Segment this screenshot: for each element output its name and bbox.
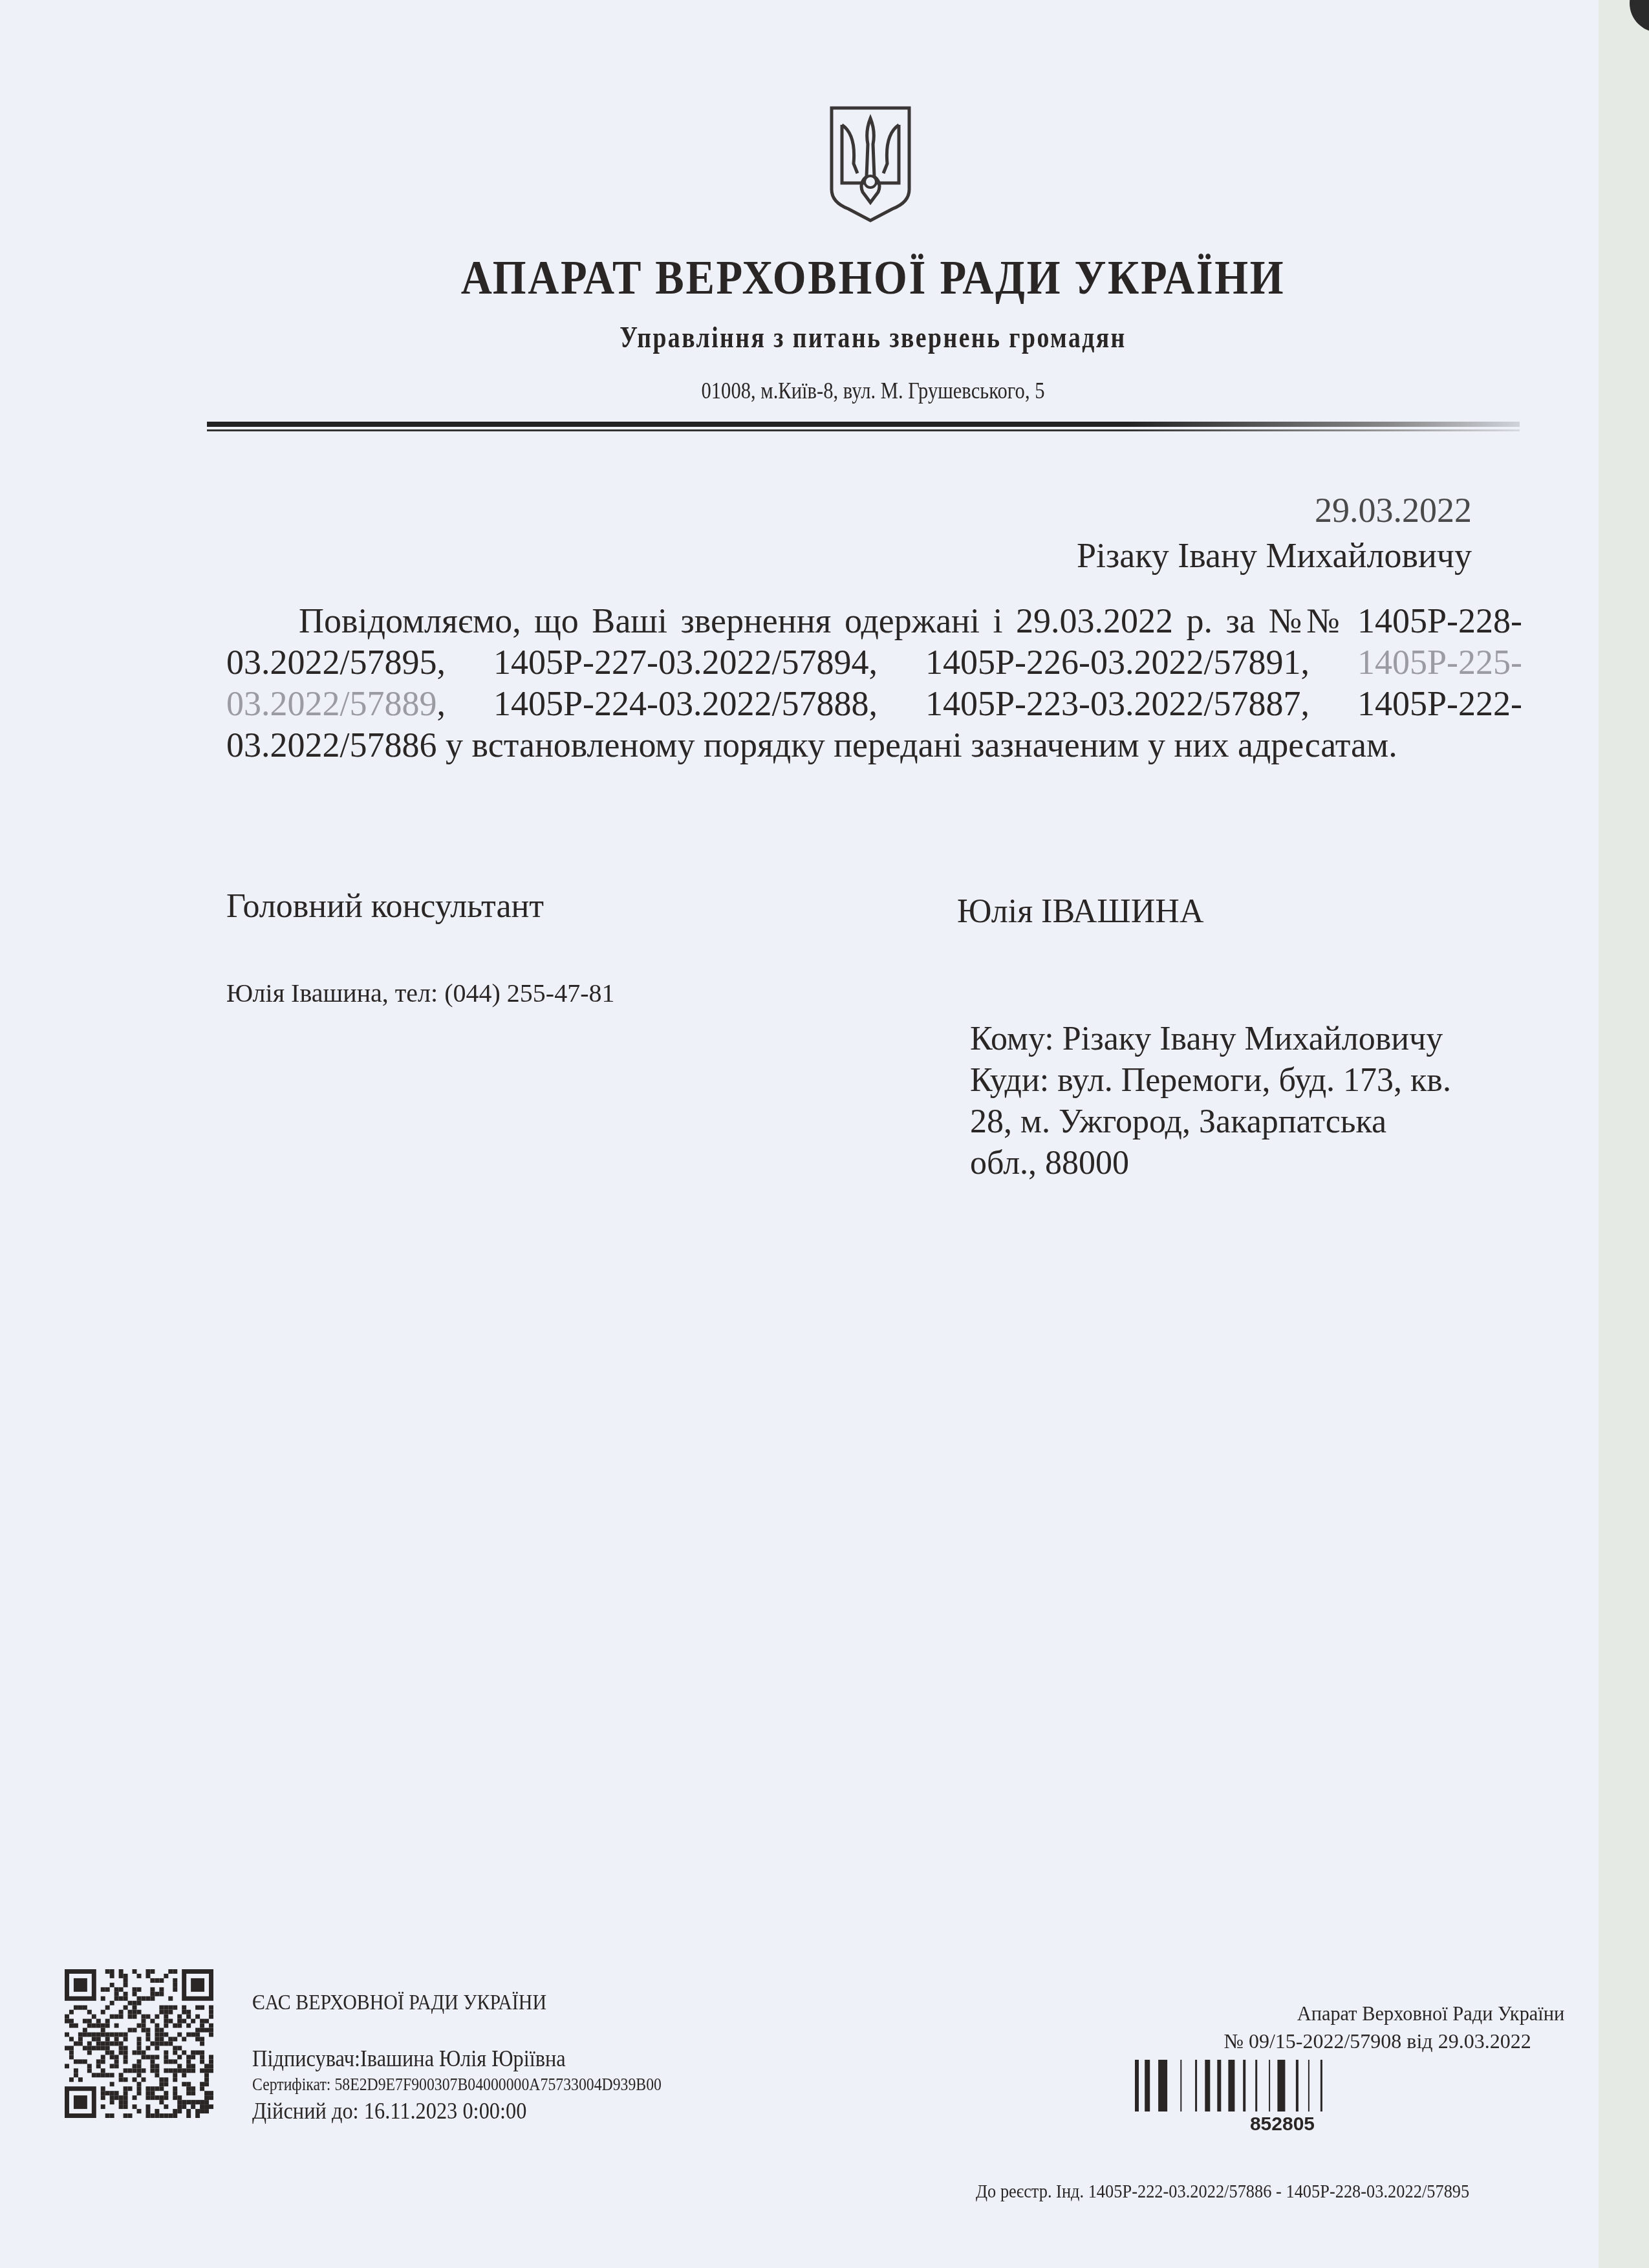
reference-number: 1405Р-227-03.2022/57894 — [493, 643, 869, 682]
header-divider — [207, 422, 1520, 427]
where-label: Куди: — [970, 1062, 1049, 1099]
mailing-where-line-3: обл., 88000 — [970, 1143, 1451, 1184]
body-intro: Повідомляємо, що Ваші звернення одержані… — [299, 601, 1344, 640]
e-signature-system: ЄАС ВЕРХОВНОЇ РАДИ УКРАЇНИ — [252, 1991, 546, 2015]
barcode-number: 852805 — [1108, 2113, 1457, 2135]
e-signature-signer: Підписувач:Івашина Юлія Юріївна — [252, 2045, 566, 2072]
scan-edge — [1599, 0, 1649, 2268]
letter-date: 29.03.2022 — [1315, 490, 1472, 530]
body-outro: у встановленому порядку передані зазначе… — [446, 726, 1397, 764]
mailing-where-line-2: 28, м. Ужгород, Закарпатська — [970, 1101, 1451, 1143]
signer-name: Юлія ІВАШИНА — [957, 892, 1203, 931]
barcode-icon — [1135, 2060, 1413, 2111]
registry-index-note: До реєстр. Інд. 1405Р-222-03.2022/57886 … — [976, 2181, 1469, 2203]
to-value: Різаку Івану Михайловичу — [1062, 1021, 1443, 1057]
letter-page: АПАРАТ ВЕРХОВНОЇ РАДИ УКРАЇНИ Управління… — [0, 0, 1599, 2268]
where-line-1: вул. Перемоги, буд. 173, кв. — [1057, 1062, 1451, 1099]
header-divider-thin — [207, 429, 1520, 431]
e-signature-valid-until: Дійсний до: 16.11.2023 0:00:00 — [252, 2097, 526, 2124]
letter-recipient: Різаку Івану Михайловичу — [1077, 535, 1472, 576]
mailing-to: Кому: Різаку Івану Михайловичу — [970, 1019, 1451, 1060]
signer-position: Головний консультант — [226, 887, 544, 925]
organization-title: АПАРАТ ВЕРХОВНОЇ РАДИ УКРАЇНИ — [87, 251, 1649, 306]
mailing-address: Кому: Різаку Івану Михайловичу Куди: вул… — [970, 1019, 1451, 1184]
e-signature-certificate: Сертифікат: 58E2D9E7F900307B04000000A757… — [252, 2075, 662, 2095]
trident-coat-of-arms-icon — [828, 105, 913, 223]
reference-number: 1405Р-224-03.2022/57888 — [493, 684, 869, 723]
reference-number: 1405Р-223-03.2022/57887 — [925, 684, 1301, 723]
qr-code-icon — [65, 1969, 213, 2118]
department-title: Управління з питань звернень громадян — [157, 320, 1589, 354]
registration-organization: Апарат Верховної Ради України — [1136, 2002, 1649, 2025]
contact-info: Юлія Івашина, тел: (044) 255-47-81 — [226, 978, 614, 1008]
organization-address: 01008, м.Київ-8, вул. М. Грушевського, 5 — [131, 377, 1615, 404]
letter-body: Повідомляємо, що Ваші звернення одержані… — [226, 600, 1522, 766]
to-label: Кому: — [970, 1021, 1054, 1057]
mailing-where: Куди: вул. Перемоги, буд. 173, кв. — [970, 1060, 1451, 1101]
reference-number: 1405Р-226-03.2022/57891 — [925, 643, 1301, 682]
registration-stamp: 852805 — [1108, 2050, 1457, 2154]
